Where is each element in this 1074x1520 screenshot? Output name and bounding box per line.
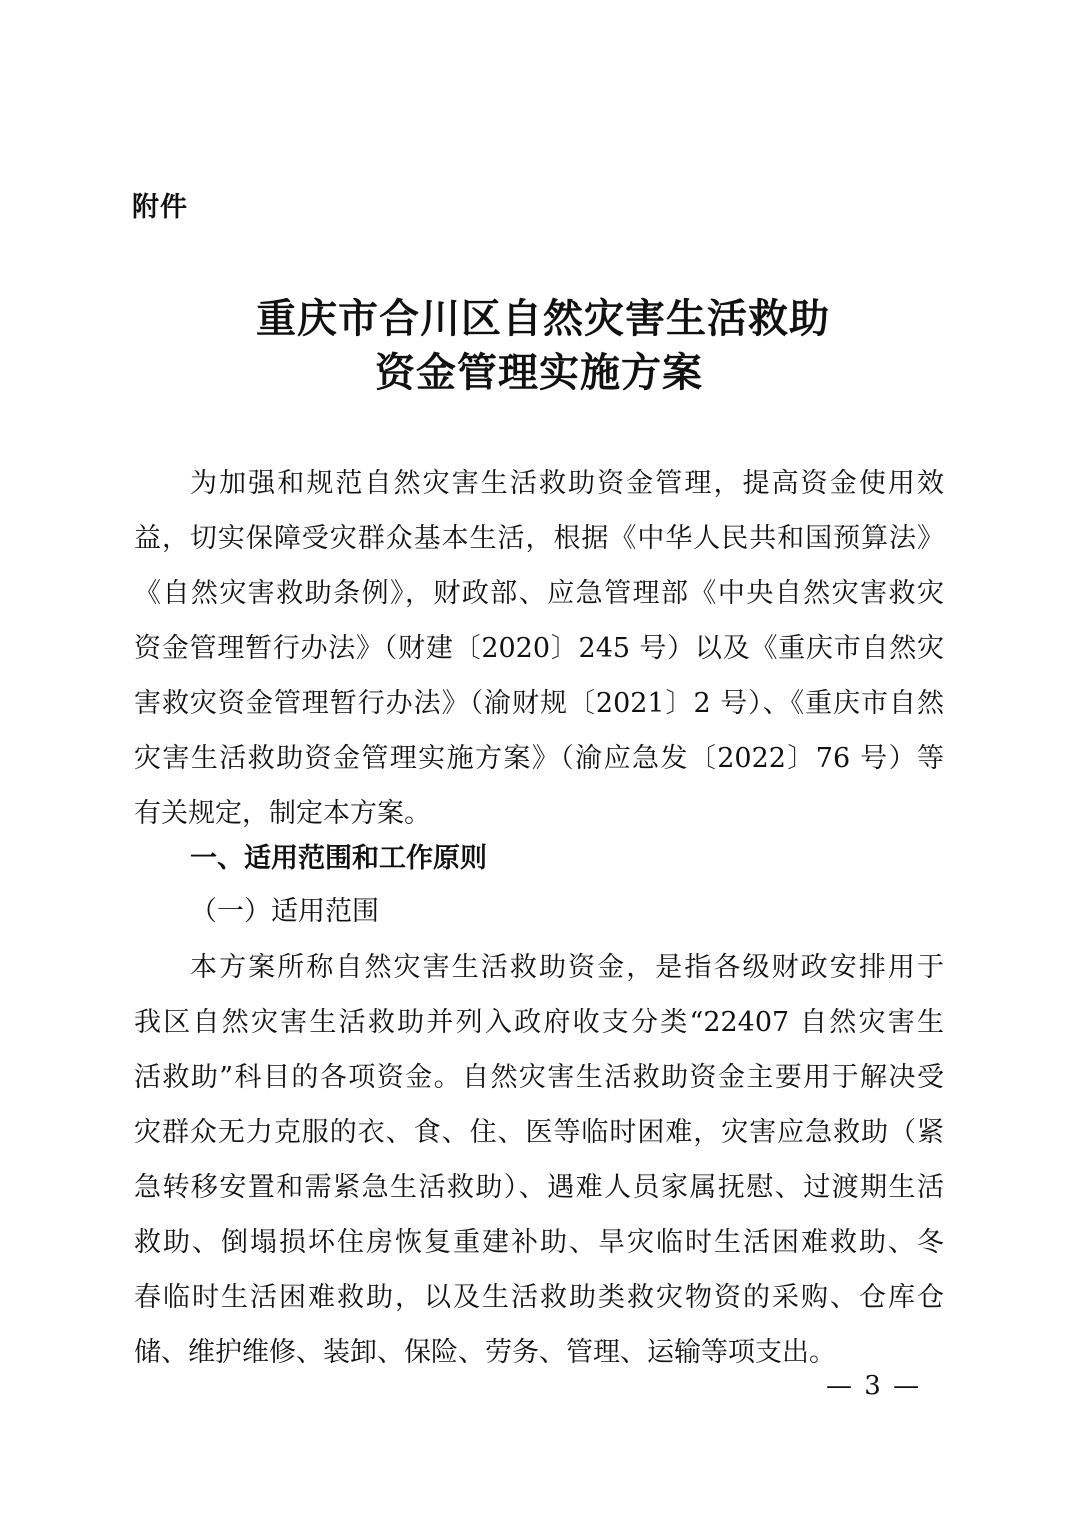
paragraph-line: 春临时生活困难救助，以及生活救助类救灾物资的采购、仓库仓 bbox=[134, 1270, 944, 1325]
paragraph-line: 灾群众无力克服的衣、食、住、医等临时困难，灾害应急救助（紧 bbox=[134, 1105, 944, 1160]
document-title-line-2: 资金管理实施方案 bbox=[2, 346, 1074, 400]
section-heading: 一、适用范围和工作原则 bbox=[190, 835, 487, 883]
attachment-label: 附件 bbox=[132, 190, 188, 226]
intro-paragraph: 为加强和规范自然灾害生活救助资金管理，提高资金使用效 益，切实保障受灾群众基本生… bbox=[134, 456, 944, 841]
paragraph-line: 有关规定，制定本方案。 bbox=[134, 786, 944, 841]
subsection-heading: （一）适用范围 bbox=[190, 888, 379, 936]
document-title-line-1: 重庆市合川区自然灾害生活救助 bbox=[6, 292, 1074, 346]
paragraph-line: 急转移安置和需紧急生活救助）、遇难人员家属抚慰、过渡期生活 bbox=[134, 1160, 944, 1215]
document-page: 附件 重庆市合川区自然灾害生活救助 资金管理实施方案 为加强和规范自然灾害生活救… bbox=[0, 0, 1074, 1520]
scope-paragraph: 本方案所称自然灾害生活救助资金，是指各级财政安排用于 我区自然灾害生活救助并列入… bbox=[134, 940, 944, 1380]
paragraph-line: 资金管理暂行办法》（财建〔2020〕245 号）以及《重庆市自然灾 bbox=[134, 621, 944, 676]
paragraph-line: 《自然灾害救助条例》，财政部、应急管理部《中央自然灾害救灾 bbox=[134, 566, 944, 621]
paragraph-line: 本方案所称自然灾害生活救助资金，是指各级财政安排用于 bbox=[134, 940, 944, 995]
paragraph-line: 为加强和规范自然灾害生活救助资金管理，提高资金使用效 bbox=[134, 456, 944, 511]
paragraph-line: 益，切实保障受灾群众基本生活，根据《中华人民共和国预算法》 bbox=[134, 511, 944, 566]
paragraph-line: 我区自然灾害生活救助并列入政府收支分类“22407 自然灾害生 bbox=[134, 995, 944, 1050]
paragraph-line: 活救助”科目的各项资金。自然灾害生活救助资金主要用于解决受 bbox=[134, 1050, 944, 1105]
paragraph-line: 储、维护维修、装卸、保险、劳务、管理、运输等项支出。 bbox=[134, 1325, 944, 1380]
paragraph-line: 害救灾资金管理暂行办法》（渝财规〔2021〕2 号）、《重庆市自然 bbox=[134, 676, 944, 731]
paragraph-line: 救助、倒塌损坏住房恢复重建补助、旱灾临时生活困难救助、冬 bbox=[134, 1215, 944, 1270]
paragraph-line: 灾害生活救助资金管理实施方案》（渝应急发〔2022〕76 号）等 bbox=[134, 731, 944, 786]
page-number: — 3 — bbox=[826, 1366, 921, 1406]
